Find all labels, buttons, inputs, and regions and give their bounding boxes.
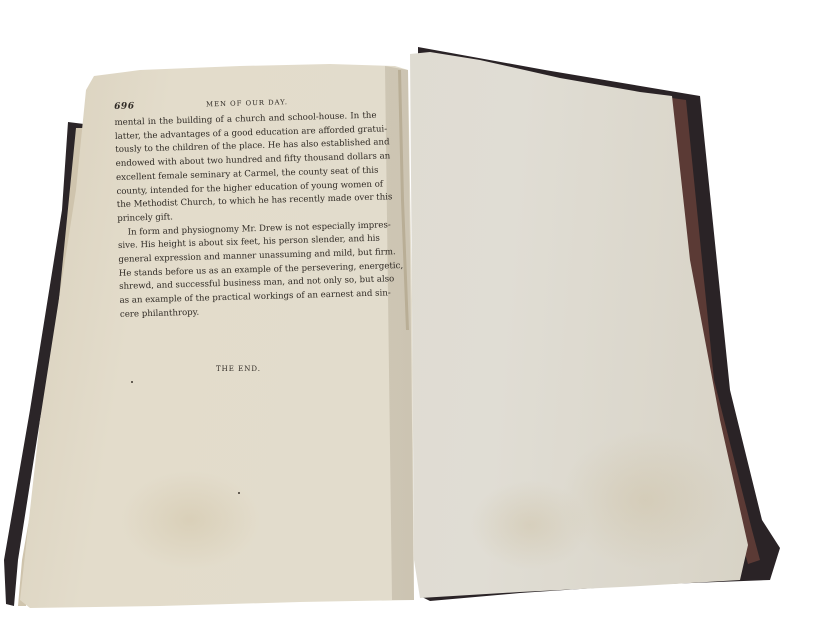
the-end-text: THE END. [216,365,261,373]
water-stain [120,470,260,570]
paragraph-1: mental in the building of a church and s… [114,109,387,226]
ink-speck [238,492,240,494]
page-number: 696 [114,99,206,112]
printed-text-block: 696 MEN OF OUR DAY. mental in the buildi… [114,94,390,322]
paragraph-2: In form and physiognomy Mr. Drew is not … [117,219,390,322]
water-stain [560,430,730,570]
ink-speck [131,381,133,383]
water-stain [470,480,590,570]
running-head-title: MEN OF OUR DAY. [206,98,288,108]
book-photo: 696 MEN OF OUR DAY. mental in the buildi… [0,0,828,621]
